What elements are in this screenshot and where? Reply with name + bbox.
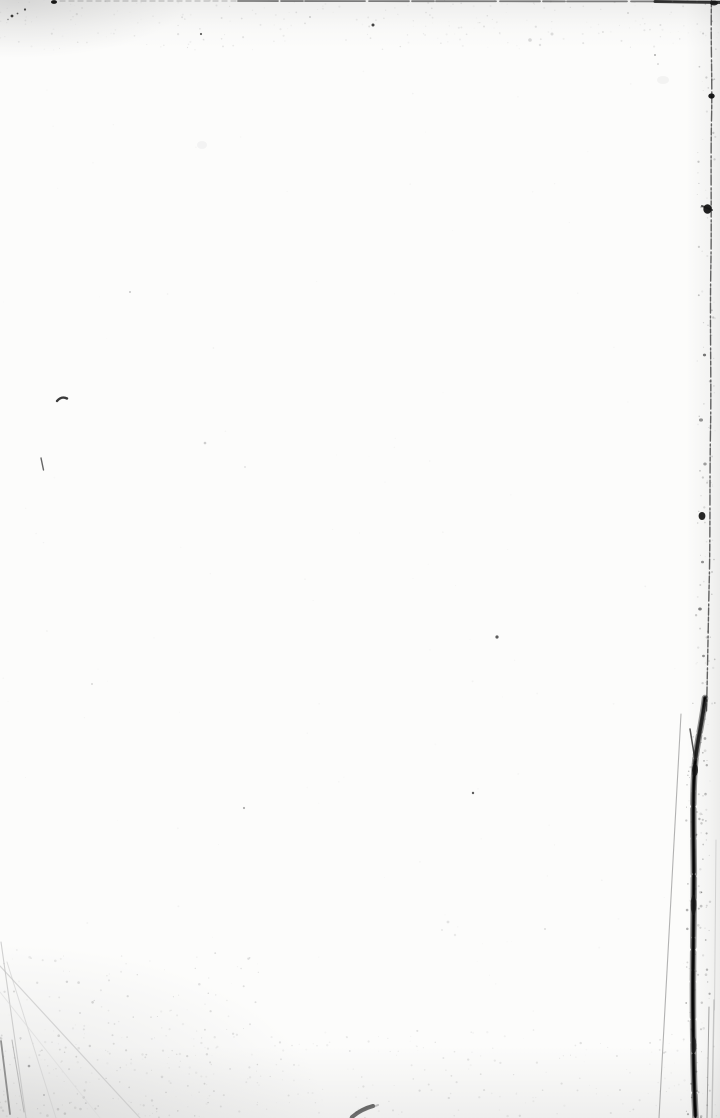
bottom-strip-noise	[361, 1076, 363, 1078]
global-paper-noise	[452, 230, 453, 231]
bottom-strip-noise	[326, 1044, 328, 1046]
top-strip-noise	[356, 19, 358, 21]
top-strip-noise	[367, 34, 368, 35]
bottom-left-noise	[255, 1001, 257, 1003]
bottom-strip-noise	[666, 1091, 667, 1092]
paper-speck	[544, 928, 546, 930]
global-paper-noise	[240, 136, 242, 138]
paper-speck	[447, 921, 450, 924]
binding-fleck	[702, 655, 705, 657]
bottom-strip-noise	[238, 1110, 240, 1112]
bottom-strip-noise	[410, 1036, 411, 1037]
top-strip-noise	[117, 11, 118, 12]
binding-speckle-upper	[707, 217, 708, 218]
bottom-left-noise	[79, 1108, 82, 1111]
bottom-strip-noise	[659, 1049, 661, 1051]
top-strip-noise	[229, 21, 230, 22]
bottom-strip-noise	[247, 1078, 249, 1080]
bottom-strip-noise	[390, 1051, 391, 1052]
top-strip-noise	[413, 20, 414, 21]
bottom-strip-noise	[424, 1069, 426, 1071]
bottom-strip-noise	[494, 1059, 496, 1061]
global-paper-noise	[532, 191, 534, 193]
bottom-strip-noise	[515, 1093, 517, 1095]
binding-speckle-upper	[695, 614, 697, 616]
top-strip-noise	[425, 12, 427, 14]
bottom-left-noise	[128, 1101, 129, 1102]
top-strip-noise	[146, 44, 147, 45]
bottom-left-noise	[133, 1016, 134, 1017]
top-strip-noise	[432, 22, 433, 23]
bottom-strip-noise	[416, 1046, 418, 1048]
top-strip-noise	[432, 17, 434, 19]
binding-speckle-upper	[706, 198, 707, 199]
bottom-left-noise	[196, 1031, 197, 1032]
bottom-strip-noise	[198, 1116, 199, 1117]
global-paper-noise	[664, 1067, 665, 1068]
top-strip-noise	[295, 11, 297, 13]
top-strip-noise	[670, 12, 671, 13]
bottom-strip-noise	[648, 1093, 649, 1094]
binding-speckle-lower	[686, 784, 688, 786]
bottom-left-noise	[118, 1021, 120, 1023]
page-edge-line	[659, 714, 681, 1118]
bottom-strip-noise	[428, 1084, 430, 1086]
bottom-left-noise	[165, 1035, 167, 1037]
binding-speckle-upper	[711, 571, 713, 573]
top-strip-noise	[182, 14, 184, 16]
top-strip-noise	[367, 16, 369, 18]
binding-speckle-lower	[706, 907, 707, 908]
bottom-left-noise	[116, 1070, 117, 1071]
top-strip-noise	[460, 26, 462, 28]
global-paper-noise	[429, 649, 431, 651]
bottom-strip-noise	[480, 1073, 482, 1075]
top-strip-noise	[260, 24, 262, 26]
top-strip-noise	[540, 38, 542, 40]
bottom-left-noise	[240, 968, 242, 970]
bottom-left-noise	[16, 949, 18, 951]
binding-speckle-lower	[702, 1022, 703, 1023]
bottom-strip-noise	[458, 1109, 460, 1111]
bottom-strip-noise	[600, 1043, 601, 1044]
global-paper-noise	[635, 20, 637, 22]
bottom-left-noise	[204, 1083, 206, 1085]
top-strip-noise	[423, 33, 424, 34]
bottom-strip-noise	[535, 1097, 537, 1099]
bottom-strip-noise	[607, 1047, 608, 1048]
top-strip-noise	[652, 7, 653, 8]
global-paper-noise	[212, 937, 213, 938]
top-strip-noise	[447, 41, 448, 42]
top-strip-noise	[407, 5, 408, 6]
global-paper-noise	[336, 454, 337, 455]
bottom-left-noise	[209, 1061, 211, 1063]
bottom-strip-noise	[563, 1105, 565, 1107]
global-paper-noise	[7, 701, 8, 702]
bottom-strip-noise	[270, 1076, 271, 1077]
bottom-left-noise	[77, 1047, 80, 1050]
bottom-strip-noise	[89, 1082, 90, 1083]
bottom-strip-noise	[378, 1036, 379, 1037]
bottom-left-noise	[173, 996, 174, 997]
binding-speckle-lower	[709, 1090, 711, 1092]
bottom-strip-noise	[107, 1051, 109, 1053]
global-paper-noise	[210, 573, 211, 574]
global-paper-noise	[425, 132, 426, 133]
binding-fleck	[698, 608, 702, 611]
bottom-left-noise	[60, 958, 62, 960]
paper-speck	[309, 16, 311, 18]
global-paper-noise	[359, 532, 360, 533]
global-paper-noise	[443, 392, 444, 393]
bottom-left-noise	[187, 1009, 188, 1010]
binding-speckle-lower	[702, 1027, 705, 1030]
top-strip-noise	[429, 14, 431, 16]
bottom-strip-noise	[105, 1050, 106, 1051]
top-strip-noise	[163, 45, 165, 47]
bottom-left-noise	[45, 1029, 46, 1030]
global-paper-noise	[179, 712, 180, 713]
bottom-strip-noise	[260, 1076, 261, 1077]
global-paper-noise	[517, 773, 519, 775]
global-paper-noise	[409, 183, 411, 185]
bottom-strip-noise	[674, 1085, 675, 1086]
binding-speckle-lower	[686, 928, 689, 931]
bottom-left-noise	[144, 1056, 146, 1058]
bottom-left-noise	[233, 1036, 235, 1038]
bottom-left-noise	[165, 1092, 167, 1094]
bottom-strip-noise	[349, 1050, 351, 1052]
bottom-strip-noise	[313, 1043, 314, 1044]
binding-speckle-lower	[701, 832, 702, 833]
global-paper-noise	[554, 183, 555, 184]
bottom-left-noise	[5, 1101, 7, 1103]
bottom-left-noise	[64, 1112, 67, 1115]
bottom-strip-noise	[62, 1104, 63, 1105]
top-strip-noise	[600, 9, 601, 10]
top-strip-noise	[643, 29, 645, 31]
binding-speckle-lower	[686, 966, 688, 968]
global-paper-noise	[502, 696, 503, 697]
binding-speckle-upper	[714, 78, 716, 80]
top-strip-noise	[0, 37, 1, 38]
global-paper-noise	[548, 824, 550, 826]
binding-speckle-lower	[685, 1002, 687, 1004]
top-strip-noise	[586, 22, 587, 23]
tick-mark	[41, 458, 44, 470]
global-paper-noise	[499, 33, 500, 34]
top-strip-noise	[492, 19, 493, 20]
bottom-left-noise	[69, 1102, 71, 1104]
bottom-strip-noise	[248, 1066, 250, 1068]
bottom-strip-noise	[187, 1106, 188, 1107]
binding-speckle-lower	[689, 777, 690, 778]
bottom-strip-noise	[423, 1047, 424, 1048]
top-strip-noise	[479, 22, 480, 23]
binding-speckle-upper	[703, 347, 704, 348]
global-paper-noise	[86, 922, 88, 924]
top-strip-noise	[283, 18, 284, 19]
top-strip-noise	[679, 38, 681, 40]
binding-speckle-lower	[688, 771, 690, 773]
artifact-layer	[0, 0, 720, 1118]
binding-speckle-upper	[697, 522, 698, 523]
bottom-left-noise	[206, 1053, 208, 1055]
bottom-left-noise	[114, 1023, 116, 1025]
bottom-strip-noise	[321, 1099, 322, 1100]
bottom-strip-noise	[236, 1034, 238, 1036]
bottom-strip-noise	[575, 1056, 577, 1058]
global-paper-noise	[57, 188, 58, 189]
global-paper-noise	[705, 556, 706, 557]
bottom-strip-noise	[570, 1055, 571, 1056]
bottom-strip-noise	[195, 1055, 196, 1056]
bottom-strip-noise	[454, 1115, 455, 1116]
bottom-left-noise	[109, 974, 110, 975]
binding-speckle-upper	[712, 539, 714, 541]
paper-speck	[24, 8, 26, 10]
top-strip-noise	[29, 1, 30, 2]
bottom-left-noise	[228, 1015, 230, 1017]
bottom-strip-noise	[630, 1049, 631, 1050]
top-strip-noise	[598, 33, 600, 35]
global-paper-noise	[714, 430, 716, 432]
binding-speckle-upper	[697, 662, 698, 663]
bottom-left-noise	[177, 1110, 179, 1112]
top-strip-noise	[229, 6, 230, 7]
bottom-strip-noise	[149, 1115, 150, 1116]
bottom-left-noise	[9, 1064, 10, 1065]
global-paper-noise	[554, 844, 555, 845]
bottom-left-noise	[106, 1062, 108, 1064]
top-strip-noise	[113, 14, 115, 16]
binding-speckle-lower	[708, 724, 709, 725]
top-strip-noise	[400, 46, 401, 47]
binding-speckle-lower	[700, 1028, 702, 1030]
bottom-left-noise	[42, 959, 44, 961]
top-strip-noise	[0, 12, 1, 14]
top-strip-noise	[462, 45, 464, 47]
top-strip-noise	[152, 15, 153, 16]
top-strip-noise	[551, 28, 552, 29]
bottom-strip-noise	[39, 1112, 41, 1114]
bottom-strip-noise	[266, 1108, 267, 1109]
top-strip-noise	[7, 8, 8, 9]
top-strip-noise	[6, 22, 7, 23]
paper-speck	[472, 792, 474, 794]
bottom-strip-noise	[468, 1068, 469, 1069]
bottom-strip-noise	[664, 1077, 666, 1079]
binding-speckle-lower	[699, 813, 702, 816]
bottom-strip-noise	[639, 1099, 641, 1101]
bottom-left-noise	[0, 1102, 1, 1104]
binding-ink-blob	[708, 93, 714, 98]
binding-speckle-lower	[700, 1115, 703, 1118]
binding-speckle-upper	[706, 480, 708, 482]
top-strip-noise	[36, 17, 37, 18]
top-strip-noise	[70, 19, 71, 20]
bottom-strip-noise	[329, 1041, 331, 1043]
bottom-strip-noise	[309, 1079, 310, 1080]
bottom-strip-noise	[282, 1049, 284, 1051]
bottom-left-noise	[118, 1098, 119, 1099]
global-paper-noise	[548, 31, 550, 33]
binding-speckle-lower	[700, 905, 703, 908]
bottom-left-noise	[63, 956, 64, 957]
bottom-left-noise	[215, 994, 217, 996]
binding-speckle-upper	[703, 506, 705, 508]
top-strip-noise	[110, 33, 111, 34]
binding-speckle-upper	[700, 495, 701, 496]
binding-speckle-upper	[712, 667, 714, 669]
bottom-left-noise	[243, 985, 245, 987]
global-paper-noise	[2, 677, 4, 679]
bottom-strip-noise	[398, 1114, 399, 1115]
top-strip-noise	[446, 33, 448, 35]
binding-fleck	[701, 561, 704, 564]
bottom-left-noise	[157, 1016, 158, 1017]
binding-speckle-upper	[696, 663, 697, 664]
bottom-strip-noise	[316, 1045, 318, 1047]
bottom-strip-noise	[358, 1087, 359, 1088]
binding-speckle-lower	[699, 927, 701, 929]
binding-speckle-lower	[702, 954, 704, 956]
bottom-strip-noise	[76, 1044, 77, 1045]
bottom-left-noise	[137, 974, 138, 975]
bottom-strip-noise	[200, 1075, 202, 1077]
top-strip-noise	[474, 28, 475, 29]
top-strip-noise	[630, 47, 631, 48]
global-paper-noise	[52, 126, 53, 127]
paper-speck	[495, 635, 498, 638]
bottom-strip-noise	[416, 1030, 418, 1032]
top-strip-noise	[454, 33, 455, 34]
bottom-strip-noise	[201, 1037, 202, 1038]
bottom-strip-noise	[97, 1059, 99, 1061]
top-strip-noise	[621, 40, 623, 42]
top-strip-noise	[177, 2, 179, 4]
binding-speckle-upper	[706, 255, 708, 257]
bottom-strip-noise	[556, 1113, 557, 1114]
bottom-left-noise	[119, 1081, 121, 1083]
binding-speckle-upper	[712, 485, 713, 486]
bottom-left-noise	[162, 1050, 164, 1052]
top-strip-noise	[582, 42, 584, 44]
binding-speckle-lower	[707, 981, 708, 982]
bottom-strip-noise	[38, 1054, 40, 1056]
binding-speckle-upper	[713, 302, 714, 303]
top-strip-noise	[476, 17, 477, 18]
global-paper-noise	[469, 639, 470, 640]
top-strip-noise	[264, 7, 265, 8]
binding-speckle-lower	[709, 780, 710, 781]
top-strip-noise	[424, 34, 426, 36]
bottom-left-noise	[0, 1069, 1, 1070]
global-paper-noise	[601, 879, 603, 881]
paper-speck	[627, 12, 629, 14]
bottom-left-noise	[245, 1081, 247, 1083]
bottom-strip-noise	[394, 1085, 395, 1086]
bottom-strip-noise	[130, 1102, 131, 1103]
bottom-strip-noise	[189, 1066, 191, 1068]
bottom-left-noise	[108, 1022, 110, 1024]
bottom-left-noise	[49, 996, 51, 998]
bottom-strip-noise	[418, 1089, 420, 1091]
bottom-strip-noise	[44, 1059, 45, 1060]
bottom-strip-noise	[580, 1042, 582, 1044]
top-strip-noise	[425, 26, 426, 27]
global-paper-noise	[598, 947, 600, 949]
global-paper-noise	[113, 124, 114, 125]
top-strip-noise	[115, 29, 117, 31]
top-strip-noise	[519, 48, 520, 49]
binding-speckle-upper	[700, 207, 701, 208]
paper-speck	[204, 442, 207, 445]
bottom-left-noise	[258, 972, 259, 973]
global-paper-noise	[517, 96, 519, 98]
bottom-strip-noise	[559, 1058, 560, 1059]
top-strip-noise	[543, 7, 545, 9]
bottom-left-noise	[176, 1096, 177, 1097]
global-paper-noise	[43, 542, 44, 543]
bottom-left-noise	[237, 966, 238, 967]
bottom-strip-noise	[121, 1037, 122, 1038]
binding-speckle-upper	[697, 596, 699, 598]
bottom-left-noise	[77, 981, 80, 984]
binding-speckle-lower	[705, 939, 707, 941]
binding-speckle-lower	[692, 703, 693, 704]
top-strip-noise	[224, 34, 225, 35]
binding-speckle-lower	[709, 930, 710, 931]
global-paper-noise	[510, 494, 512, 496]
binding-speckle-lower	[706, 839, 707, 840]
bottom-strip-noise	[445, 1069, 447, 1071]
global-paper-noise	[511, 941, 512, 942]
binding-speckle-lower	[706, 764, 708, 766]
bottom-strip-noise	[251, 1054, 253, 1056]
bottom-strip-noise	[616, 1055, 618, 1057]
band-dark-blob	[692, 1037, 697, 1053]
global-paper-noise	[343, 777, 344, 778]
global-paper-noise	[585, 1055, 586, 1056]
bottom-left-noise	[196, 957, 197, 958]
binding-speckle-lower	[705, 820, 707, 822]
bottom-strip-noise	[450, 1093, 452, 1095]
binding-speckle-upper	[697, 172, 699, 174]
bottom-strip-noise	[216, 1046, 218, 1048]
bottom-left-noise	[97, 1105, 99, 1107]
global-paper-noise	[507, 549, 508, 550]
top-strip-noise	[506, 3, 508, 5]
top-strip-noise	[598, 24, 599, 25]
global-paper-noise	[225, 431, 227, 433]
bottom-left-noise	[208, 978, 209, 979]
bottom-strip-noise	[53, 1092, 55, 1094]
bottom-left-noise	[64, 1051, 66, 1053]
bottom-left-noise	[179, 1053, 181, 1055]
bottom-left-noise	[231, 983, 232, 984]
top-strip-noise	[483, 25, 485, 27]
top-strip-noise	[644, 23, 645, 24]
binding-speckle-lower	[698, 908, 700, 910]
bottom-left-noise	[214, 952, 216, 954]
bottom-left-noise	[3, 1094, 5, 1096]
global-paper-noise	[191, 1038, 192, 1039]
binding-speckle-upper	[706, 111, 708, 113]
global-paper-noise	[413, 578, 414, 579]
bottom-left-noise	[83, 1025, 85, 1027]
